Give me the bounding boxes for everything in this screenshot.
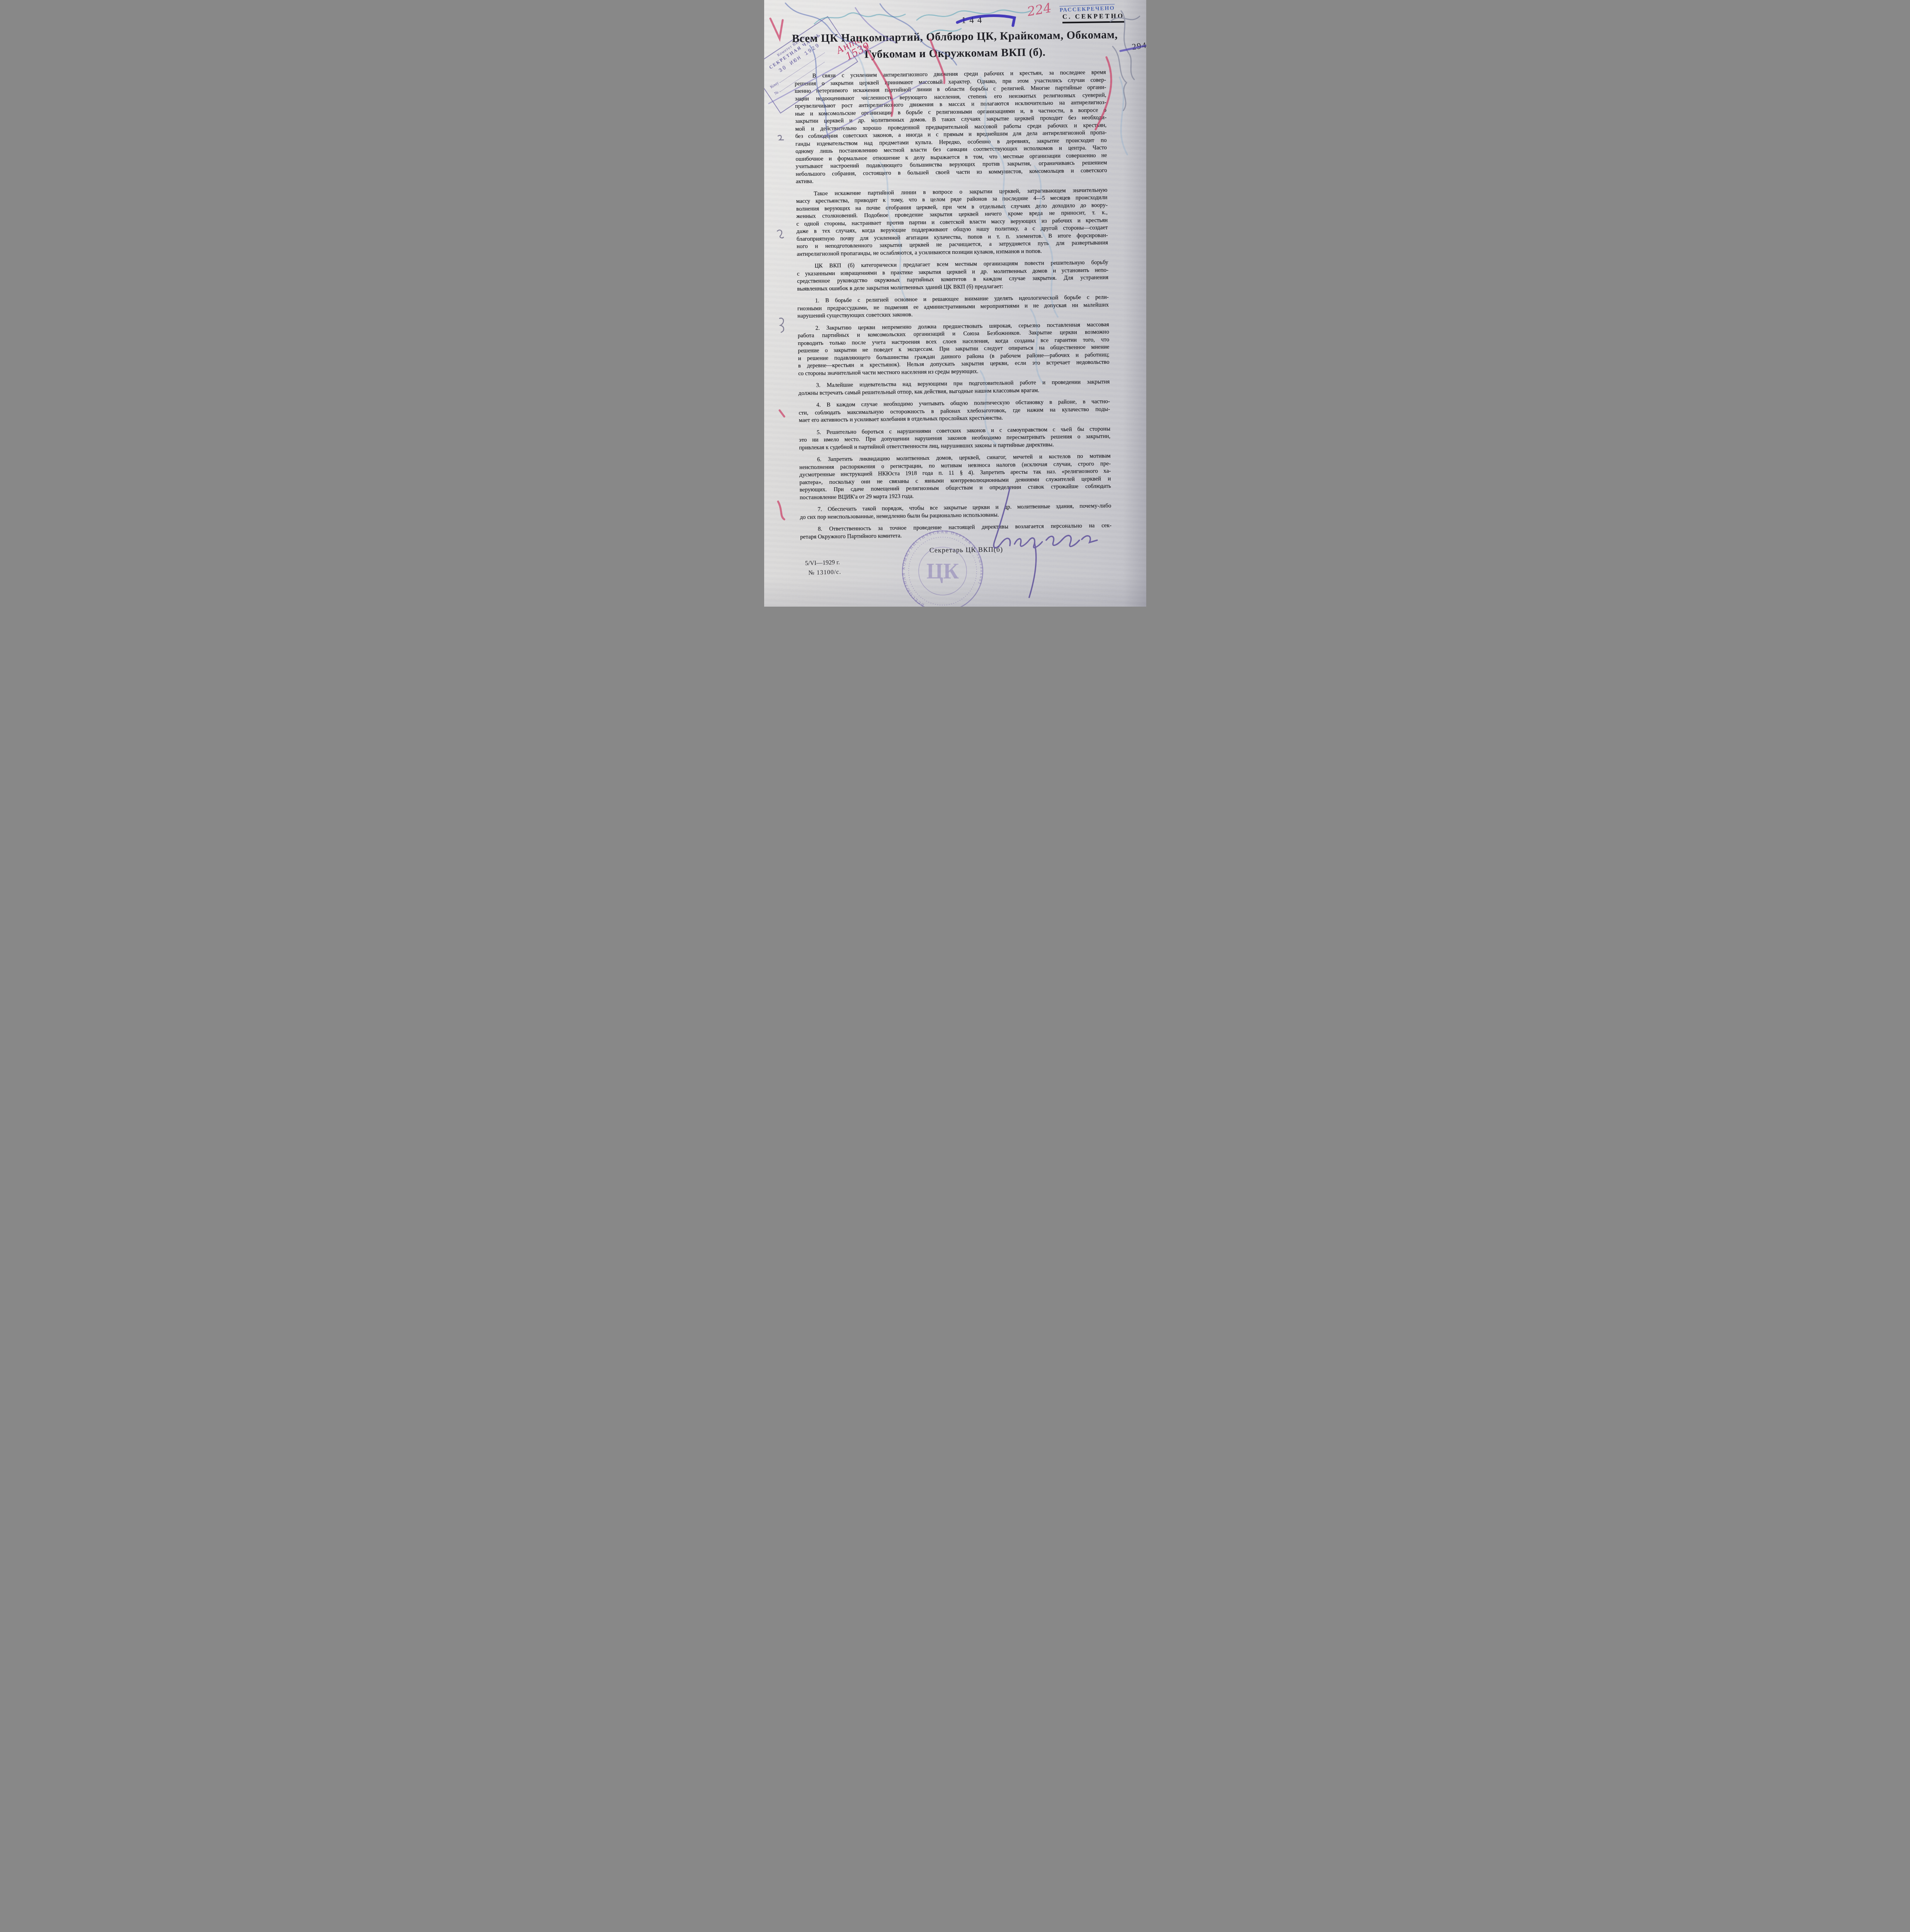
paragraphs-container: В связи с усилением антирелигиозного дви… (794, 69, 1111, 541)
paragraph: 8. Ответственность за точное проведение … (800, 522, 1111, 541)
paragraph: ЦК ВКП (б) категорически предлагает всем… (797, 259, 1108, 293)
paragraph: Такое искажение партийной линии в вопрос… (796, 187, 1108, 258)
paragraph: 5. Решительно бороться с нарушениями сов… (799, 425, 1110, 452)
signature-label: Секретарь ЦК ВКП(б) (929, 544, 1111, 554)
paragraph: 4. В каждом случае необходимо учитывать … (799, 398, 1110, 424)
document-page: Комитет ВКП(б) СЕКРЕТНАЯ ЧАСТЬ 30 ИЮН 19… (764, 0, 1146, 607)
document-title: Всем ЦК Нацкомпартий, Облбюро ЦК, Крайко… (785, 27, 1125, 64)
paragraph: 6. Запретить ликвидацию молитвенных домо… (799, 452, 1111, 502)
paragraph: 7. Обеспечить такой порядок, чтобы все з… (800, 502, 1111, 521)
paragraph: 3. Малейшие издевательства над верующими… (798, 378, 1110, 397)
paragraph: 2. Закрытию церкви непременно должна пре… (797, 321, 1110, 378)
document-body: В связи с усилением антирелигиозного дви… (794, 69, 1111, 556)
footer-date: 5/VI—1929 г. (805, 559, 841, 567)
footer-block: 5/VI—1929 г. № 13100/с. (805, 559, 841, 577)
red-pencil-copy-number: 224 (1026, 0, 1052, 19)
footer-doc-number: № 13100/с. (808, 569, 841, 577)
sheet-number: 144 (961, 15, 985, 26)
crossed-out-number: 294 (1131, 40, 1146, 52)
secrecy-classification: С. СЕКРЕТНО (1062, 12, 1124, 24)
paragraph: 1. В борьбе с религией основное и решающ… (797, 294, 1109, 320)
paragraph: В связи с усилением антирелигиозного дви… (794, 69, 1107, 185)
scan-tilt-layer: Комитет ВКП(б) СЕКРЕТНАЯ ЧАСТЬ 30 ИЮН 19… (764, 0, 1146, 607)
